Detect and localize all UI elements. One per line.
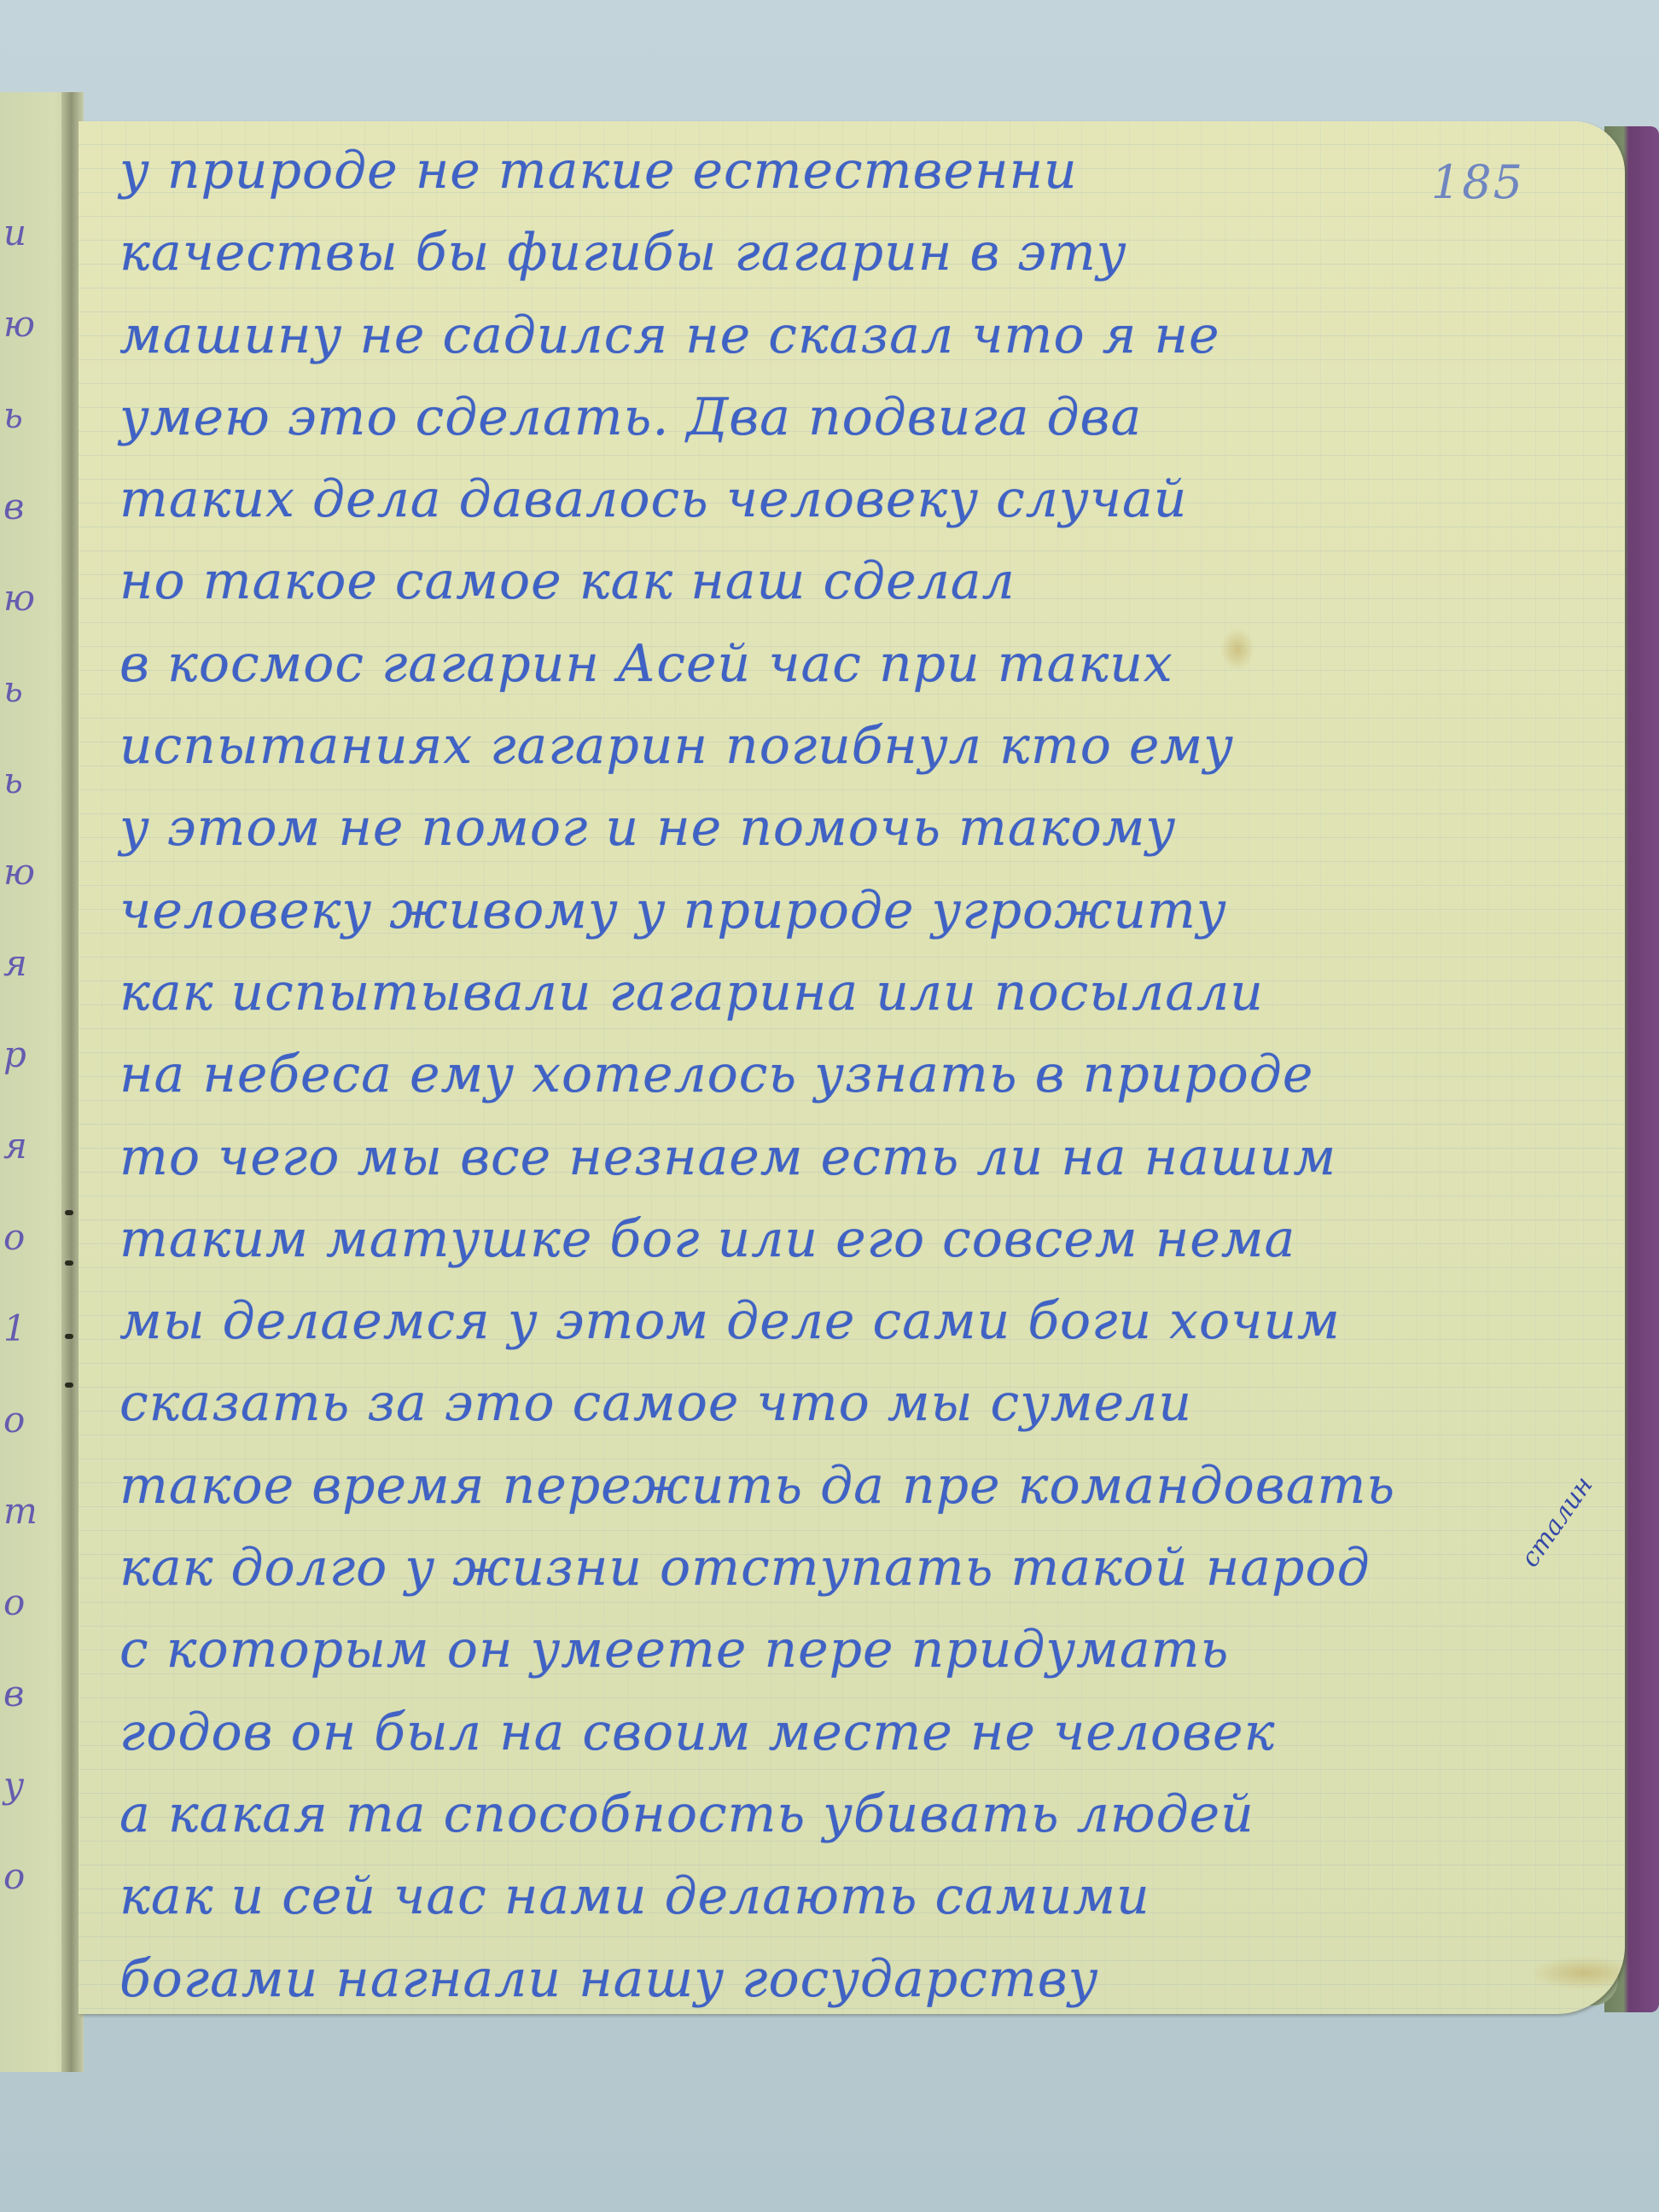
left-page-letter: и [3,212,26,253]
left-page-letter: ь [3,668,23,710]
left-page-letter: ь [3,760,23,801]
left-page-letter: я [3,942,27,984]
left-page-letter: ю [3,577,35,619]
handwritten-line: как и сей час нами делають самими [119,1855,1570,1937]
handwritten-text: у природе не такие естественникачествы б… [119,130,1570,2014]
left-page-fragments: июьвюььюяряо1отовуо [0,92,60,2072]
notebook-page: 185 у природе не такие естественникачест… [79,121,1625,2014]
handwritten-line: качествы бы фигибы гагарин в эту [119,212,1570,294]
staple-hole-icon [65,1210,73,1215]
handwritten-line: в космос гагарин Асей час при таких [119,623,1570,705]
left-page-letter: я [3,1125,27,1167]
handwritten-line: как долго у жизни отступать такой народ [119,1527,1570,1609]
handwritten-line: с которым он умеете пере придумать [119,1609,1570,1691]
left-page-letter: ю [3,303,35,345]
handwritten-line: но такое самое как наш сделал [119,540,1570,622]
left-page-letter: у [3,1764,24,1806]
handwritten-line: сказать за это самое что мы сумели [119,1362,1570,1444]
handwritten-line: богами нагнали нашу государству [119,1938,1570,2014]
handwritten-line: таким матушке бог или его совсем нема [119,1198,1570,1280]
handwritten-line: машину не садился не сказал что я не [119,294,1570,376]
left-page-letter: т [3,1490,38,1532]
handwritten-line: годов он был на своим месте не человек [119,1691,1570,1773]
left-page-letter: о [3,1581,25,1623]
handwritten-line: таких дела давалось человеку случай [119,458,1570,540]
handwritten-line: на небеса ему хотелось узнать в природе [119,1033,1570,1115]
left-page-letter: в [3,486,24,527]
handwritten-line: то чего мы все незнаем есть ли на нашим [119,1116,1570,1198]
left-page-letter: 1 [3,1307,26,1349]
handwritten-line: такое время пережить да пре командовать [119,1445,1570,1527]
left-page-letter: о [3,1399,25,1441]
staple-hole-icon [65,1334,73,1339]
left-page-letter: в [3,1673,24,1714]
staple-hole-icon [65,1260,73,1266]
handwritten-line: человеку живому у природе угрожиту [119,870,1570,952]
left-page-letter: р [3,1033,26,1075]
left-page-letter: о [3,1216,25,1258]
handwritten-line: а какая та способность убивать людей [119,1773,1570,1855]
left-page-letter: ю [3,851,35,893]
handwritten-line: у природе не такие естественни [119,130,1570,212]
handwritten-line: испытаниях гагарин погибнул кто ему [119,705,1570,787]
staple-hole-icon [65,1382,73,1388]
handwritten-line: умею это сделать. Два подвига два [119,376,1570,458]
handwritten-line: у этом не помог и не помочь такому [119,787,1570,869]
handwritten-line: мы делаемся у этом деле сами боги хочим [119,1280,1570,1362]
handwritten-line: как испытывали гагарина или посылали [119,952,1570,1033]
left-page-letter: о [3,1855,25,1897]
left-page-letter: ь [3,394,23,436]
